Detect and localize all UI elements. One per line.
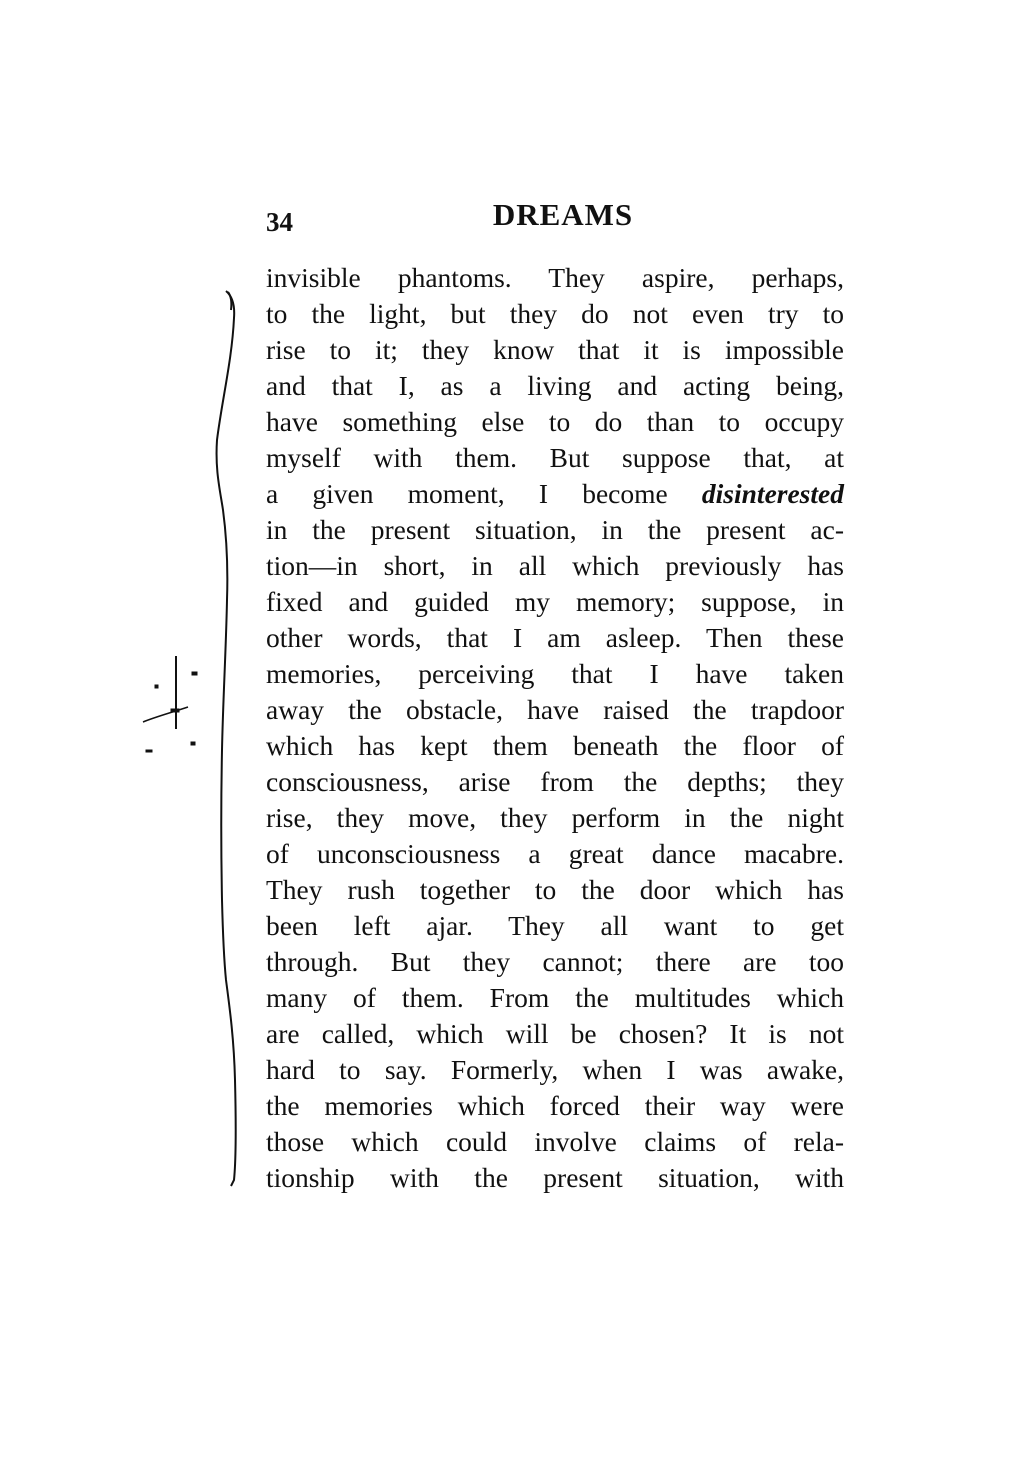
text-line: hard to say. Formerly, when I was awake, <box>266 1052 844 1088</box>
text-line: the memories which forced their way were <box>266 1088 844 1124</box>
text-line: memories, perceiving that I have taken <box>266 656 844 692</box>
text-line: in the present situation, in the present… <box>266 512 844 548</box>
text-line: of unconsciousness a great dance macabre… <box>266 836 844 872</box>
text-line: other words, that I am asleep. Then thes… <box>266 620 844 656</box>
text-line: rise to it; they know that it is impossi… <box>266 332 844 368</box>
text-line-start: a given moment, I become <box>266 478 668 509</box>
text-line: to the light, but they do not even try t… <box>266 296 844 332</box>
text-line: invisible phantoms. They aspire, perhaps… <box>266 260 844 296</box>
text-line: away the obstacle, have raised the trapd… <box>266 692 844 728</box>
text-line: through. But they cannot; there are too <box>266 944 844 980</box>
running-head: 34 DREAMS <box>266 197 846 241</box>
text-line: myself with them. But suppose that, at <box>266 440 844 476</box>
text-line: which has kept them beneath the floor of <box>266 728 844 764</box>
text-line: tionship with the present situation, wit… <box>266 1160 844 1196</box>
text-line: tion—in short, in all which previously h… <box>266 548 844 584</box>
text-line: those which could involve claims of rela… <box>266 1124 844 1160</box>
body-text: invisible phantoms. They aspire, perhaps… <box>266 260 844 1196</box>
text-line: consciousness, arise from the depths; th… <box>266 764 844 800</box>
text-line: many of them. From the multitudes which <box>266 980 844 1016</box>
text-line: have something else to do than to occupy <box>266 404 844 440</box>
text-line: fixed and guided my memory; suppose, in <box>266 584 844 620</box>
text-line: been left ajar. They all want to get <box>266 908 844 944</box>
margin-line-icon <box>217 291 236 1186</box>
italic-word: disinterested <box>702 478 844 509</box>
cross-mark-icon <box>143 656 197 752</box>
book-page: 34 DREAMS invisible phantoms. They aspir… <box>0 0 1017 1462</box>
text-line: and that I, as a living and acting being… <box>266 368 844 404</box>
text-line: They rush together to the door which has <box>266 872 844 908</box>
text-line: rise, they move, they perform in the nig… <box>266 800 844 836</box>
text-line-with-italic: a given moment, I become disinterested <box>266 476 844 512</box>
text-line: are called, which will be chosen? It is … <box>266 1016 844 1052</box>
running-title: DREAMS <box>266 197 846 233</box>
